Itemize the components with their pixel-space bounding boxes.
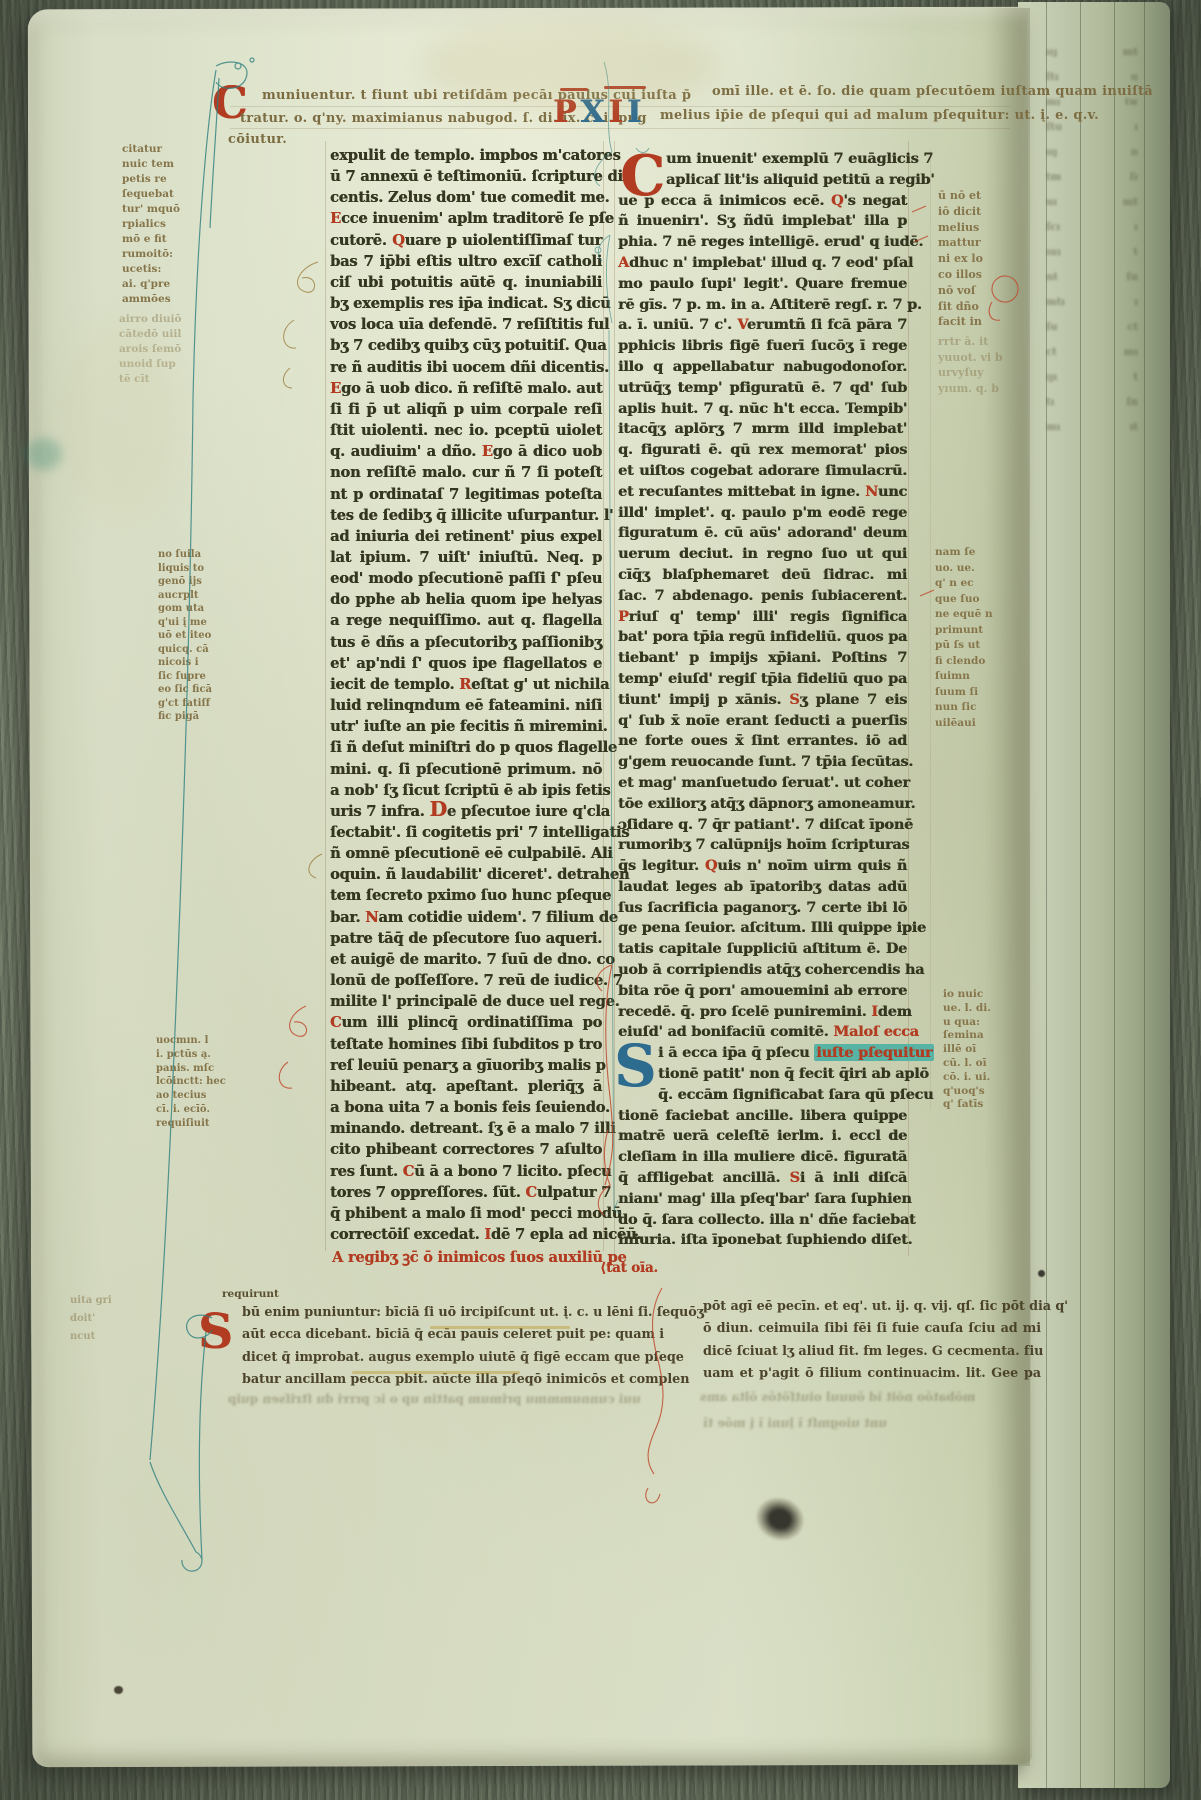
text-line: a rege nequiſſimo. aut q. flagella bbox=[330, 610, 602, 631]
text-line: lonū de poſſeſſore. 7 reū de iudice. 7 bbox=[330, 970, 602, 991]
text-line: iecit de templo. Reſtat g' ut nichila bbox=[330, 674, 602, 695]
gutter-shadow bbox=[985, 8, 1030, 1766]
gloss-line: ue. l. di. bbox=[943, 1002, 991, 1016]
text-line: Priuſ q' temp' illi' regis ſignifica bbox=[618, 607, 907, 628]
gloss-line: genō ijs bbox=[158, 575, 212, 589]
bleed-line: uı mt bbox=[1046, 190, 1138, 215]
gloss-line: melius bbox=[938, 220, 983, 236]
gloss-line: yıum. q. b bbox=[938, 381, 1003, 397]
gloss-line: ſic ſupre bbox=[158, 670, 212, 684]
text-line: q̄ phibent a malo ſi mod' pecci modū bbox=[330, 1203, 602, 1224]
gloss-line: u qua: bbox=[943, 1016, 991, 1030]
margin-gloss-left-corner: uita gridoit'ncut bbox=[70, 1292, 112, 1346]
gloss-line: q' ſatīs bbox=[943, 1098, 991, 1112]
gloss-line: io nuic bbox=[943, 988, 991, 1002]
text-line: illo q appellabatur nabugodonoſor. bbox=[618, 357, 907, 378]
gloss-line: nuic tem bbox=[122, 157, 180, 172]
gloss-line: mattur bbox=[938, 235, 983, 251]
gloss-line: ucetis: bbox=[122, 262, 180, 277]
text-line: et auigē de marito. 7 ſuū de dno. co bbox=[330, 949, 602, 970]
bottom-gloss-catchword: requirunt bbox=[222, 1288, 279, 1300]
text-line: nt p ordinataſ 7 legitimas poteſta bbox=[330, 484, 602, 505]
text-line: q. audiuim' a dño. Ego ā dico uob bbox=[330, 441, 602, 462]
bleed-line: mı ıt bbox=[1046, 415, 1138, 440]
gloss-line: bū enim puniuntur: bīciā ſi uō ircipiſcu… bbox=[242, 1302, 620, 1324]
text-line: Cum illi plincq̄ ordinatiſſima po bbox=[330, 1012, 602, 1033]
margin-gloss-left-middle: no ſuilaliquis togenō ijsaucrpltgom utaq… bbox=[158, 548, 212, 724]
margin-gloss-right-lower: io nuicue. l. di.u qua:ſeminaillē oīcū. … bbox=[943, 988, 991, 1112]
text-line: cito phibeant correctores 7 aſulto bbox=[330, 1139, 602, 1160]
margin-gloss-right-top-faded: rrtr ā. ityuuot. vi burvyſuyyıum. q. b bbox=[938, 334, 1003, 396]
text-line: figuratum ē. cū aūs' adorand' deum bbox=[618, 523, 907, 544]
text-line: minando. detreant. ſʒ ē a malo 7 illi bbox=[330, 1118, 602, 1139]
bleed-line: tı ſn bbox=[1046, 390, 1138, 415]
text-line: uob ā corripiendis atq̄ʒ cohercendis ha bbox=[618, 960, 907, 981]
text-line: teſtate homines ſibi ſubditos p tro bbox=[330, 1034, 602, 1055]
margin-gloss-left-top-faded: airro diuiōcātedō uiilarois ſemōunoid ſu… bbox=[119, 312, 181, 387]
gloss-line: illē oī bbox=[943, 1043, 991, 1057]
folio-number-pxii: PXII bbox=[553, 94, 645, 130]
gloss-line: requiſiuit bbox=[156, 1117, 226, 1131]
gloss-line: fi clendo bbox=[935, 654, 993, 670]
dropcap-s: S bbox=[614, 1037, 656, 1095]
gloss-line: ſuum ſi bbox=[935, 685, 993, 701]
rubric-line: A regibʒ ꝫc̄ ō inimicos ſuos auxiliū pe bbox=[332, 1247, 626, 1267]
text-line: do q̄. ſara collecto. illa n' dñe facieb… bbox=[618, 1210, 907, 1231]
text-line: ne forte oues x̄ ſint errantes. iō ad bbox=[618, 731, 907, 752]
bottom-gloss-right: pōt agī eē pecīn. et eq'. ut. ij. q. vij… bbox=[703, 1296, 1041, 1385]
text-line: lat ipium. 7 uiſt' iniuſtū. Neq. p bbox=[330, 547, 602, 568]
text-line: a. ī. uniū. 7 c'. Verumtñ ſi fcā pāra 7 bbox=[618, 315, 907, 336]
text-line: q̄ affligebat ancillā. Si ā inli diſcā bbox=[618, 1168, 907, 1189]
text-line: expulit de templo. impbos m'catores bbox=[330, 145, 602, 166]
text-line: tatis capitale ſuppliciū aſtitum ē. De bbox=[618, 939, 907, 960]
text-line: laudat leges ab īpatoribʒ datas adū bbox=[618, 877, 907, 898]
gloss-line: ncut bbox=[70, 1328, 112, 1346]
text-line: uris 7 infra. De pſecutoe iure q'cla bbox=[330, 801, 602, 822]
gloss-line: airro diuiō bbox=[119, 312, 181, 327]
text-line: ſus ſacrificia paganorʒ. 7 certe ibi lō bbox=[618, 898, 907, 919]
gloss-line: doit' bbox=[70, 1310, 112, 1328]
text-line: ad iniuria dei retinent' pius expel bbox=[330, 526, 602, 547]
text-line: ſac. 7 abdenago. penis ſubiacerent. bbox=[618, 586, 907, 607]
bleed-line: ſu ct bbox=[1046, 315, 1138, 340]
gloss-line: uocmın. l bbox=[156, 1034, 226, 1048]
gloss-line: arois ſemō bbox=[119, 342, 181, 357]
gloss-line: cō. i. ui. bbox=[943, 1071, 991, 1085]
gloss-line: ū nō et bbox=[938, 188, 983, 204]
text-line: matrē uerā celeſtē ierlm. i. eccl de bbox=[618, 1126, 907, 1147]
gloss-line: rpialics bbox=[122, 217, 180, 232]
margin-gloss-left-top: citaturnuic tempetis reſequebattur' mquō… bbox=[122, 142, 180, 307]
text-line: ſtit uiolenti. nec io. pceptū uiolet bbox=[330, 420, 602, 441]
text-line: illd' implet'. q. paulo p'm eodē rege bbox=[618, 503, 907, 524]
gloss-line: ſit dño bbox=[938, 299, 983, 315]
bleed-through-text: uui cunnummmu primum pattin up o ic prrr… bbox=[228, 1392, 641, 1406]
main-text-column-1: expulit de templo. impbos m'catoresū 7 a… bbox=[330, 145, 602, 1245]
gloss-line: liquis to bbox=[158, 562, 212, 576]
text-line: Ego ā uob dico. ñ reſiſtē malo. aut bbox=[330, 378, 602, 399]
bleed-line: ıuı t bbox=[1046, 240, 1138, 265]
bleed-through-text: unt uiogmſt ī ļuni ī į mōe tī bbox=[703, 1416, 887, 1430]
gloss-line: unoid ſup bbox=[119, 357, 181, 372]
ochre-underline bbox=[352, 1371, 520, 1374]
text-line: uerum deciut. in regno ſuo ut qui bbox=[618, 544, 907, 565]
text-line: tus ē dñs a pſecutoribʒ paſſionibʒ bbox=[330, 632, 602, 653]
text-line: recedē. q̄. pro ſcelē puniremini. Idem bbox=[618, 1002, 907, 1023]
gloss-line: uam et p'agit ō filium continuacim. lit.… bbox=[703, 1363, 1041, 1385]
text-line: itacq̄ʒ aplōrʒ 7 mrm illd implebat' bbox=[618, 419, 907, 440]
text-line: et recuſantes mittebat in igne. Nunc bbox=[618, 482, 907, 503]
bleed-line: tm ſı bbox=[1046, 165, 1138, 190]
manuscript-photo: ııȷ mtſtı umı twſtu ıııȷ ntm ſıuı mtſcı … bbox=[0, 0, 1201, 1800]
text-line: phia. 7 nē reges intelligē. erud' q iudē… bbox=[618, 232, 907, 253]
text-line: correctōiſ excedat. Idē 7 epla ad nicēū. bbox=[330, 1224, 602, 1245]
gloss-line: rumoitō: bbox=[122, 247, 180, 262]
gloss-line: uo. ue. bbox=[935, 561, 993, 577]
text-line: tionē faciebat ancille. libera quippe bbox=[618, 1106, 907, 1127]
bleed-line: ııȷ n bbox=[1046, 140, 1138, 165]
dropcap-s-gloss: S bbox=[198, 1308, 233, 1356]
text-line: bas 7 ip̄bi eſtis ultro excīſ catholi bbox=[330, 251, 602, 272]
gloss-line: nam ſe bbox=[935, 545, 993, 561]
text-line: i ā ecca ip̄a q̄ pſecu iuſte pſequitur bbox=[618, 1043, 907, 1064]
text-line: vos loca uīa defendē. 7 reſiſtitis ful bbox=[330, 314, 602, 335]
ochre-underline bbox=[430, 1326, 570, 1329]
gloss-line: yuuot. vi b bbox=[938, 350, 1003, 366]
gloss-line: primunt bbox=[935, 623, 993, 639]
text-line: g'gem reuocande ſunt. 7 tp̄ia ſecūtas. bbox=[618, 752, 907, 773]
gloss-line: ao tecius bbox=[156, 1089, 226, 1103]
gloss-line: que ſuo bbox=[935, 592, 993, 608]
text-line: a bona uita 7 a bonis feis ſeuiendo. bbox=[330, 1097, 602, 1118]
text-line: ñ inuenirı'. Sʒ ñdū implebat' illa p bbox=[618, 211, 907, 232]
text-line: utrūq̄ʒ temp' pfiguratū ē. 7 qd' ſub bbox=[618, 378, 907, 399]
text-line: temp' eiuſd' regiſ tp̄ia fideliū quo pa bbox=[618, 669, 907, 690]
text-line: aplis huit. 7 q. nūc h't ecca. Tempib' bbox=[618, 399, 907, 420]
text-line: cutorē. Quare p uiolentiſſimaſ tur bbox=[330, 230, 602, 251]
text-line: mini. q. ſi pſecutionē primum. nō bbox=[330, 759, 602, 780]
text-line: bʒ exemplis res ip̄a indicat. Sʒ dicū bbox=[330, 293, 602, 314]
gloss-line: uō et iteo bbox=[158, 629, 212, 643]
gloss-line: ammōes bbox=[122, 292, 180, 307]
ruling-line bbox=[325, 141, 326, 1251]
gloss-line: ō diun. ceimuila ſibi fēi ſi fuie cauſa … bbox=[703, 1318, 1041, 1340]
gloss-line: ſequebat bbox=[122, 187, 180, 202]
gloss-line: pōt agī eē pecīn. et eq'. ut. ij. q. vij… bbox=[703, 1296, 1041, 1318]
gloss-line: quicq. cā bbox=[158, 643, 212, 657]
text-line: centis. Zelus dom' tue comedit me. bbox=[330, 187, 602, 208]
text-line: cīq̄ʒ blaſphemaret deū ſidrac. mi bbox=[618, 565, 907, 586]
text-line: tores 7 oppreſſores. ſūt. Culpatur 7 bbox=[330, 1182, 602, 1203]
text-line: utr' iuſte an pie fecitis ñ miremini. bbox=[330, 716, 602, 737]
text-line: iniuria. iſta īponebat ſuphiendo diſet. bbox=[618, 1230, 907, 1251]
text-line: rē gīs. 7 p. m. in a. Aſtiterē regſ. r. … bbox=[618, 295, 907, 316]
text-line: et mag' manſuetudo ſeruat'. ut coher bbox=[618, 773, 907, 794]
text-line: et' ap'ndi ſ' quos ipe flagellatos e bbox=[330, 653, 602, 674]
text-line: milite l' principalē de duce uel rege. bbox=[330, 991, 602, 1012]
bleed-through-text: mōbatōo nōit īd ōuuul oiutſōtōs ōlta ams bbox=[700, 1390, 975, 1404]
underpage-bleed-text: ııȷ mtſtı umı twſtu ıııȷ ntm ſıuı mtſcı … bbox=[1046, 40, 1138, 440]
gloss-line: i. pctūs ą. bbox=[156, 1048, 226, 1062]
text-line: patre tāq̄ de pſecutore ſuo aqueri. bbox=[330, 928, 602, 949]
text-line: et uiſtos cogebat adorare ſimulacrū. bbox=[618, 461, 907, 482]
rubrication-dash bbox=[560, 88, 588, 91]
text-line: Ecce inuenim' aplm traditorē ſe pſe bbox=[330, 208, 602, 229]
gloss-line: no ſuila bbox=[158, 548, 212, 562]
gloss-line: ne equē n bbox=[935, 607, 993, 623]
gloss-line: urvyſuy bbox=[938, 365, 1003, 381]
gloss-line: g'ct fatiſf bbox=[158, 697, 212, 711]
text-line: a nob' ſʒ ſicut ſcriptū ē ab ipis fetis bbox=[330, 780, 602, 801]
gloss-line: ſemina bbox=[943, 1029, 991, 1043]
text-line: bat' pora tp̄ia regū infideliū. quos pa bbox=[618, 627, 907, 648]
bleed-line: ct mı bbox=[1046, 340, 1138, 365]
text-line: rumoribʒ 7 calūpnijs hoīm ſcripturas bbox=[618, 835, 907, 856]
gloss-line: uilēaui bbox=[935, 716, 993, 732]
gloss-line: q'ui į me bbox=[158, 616, 212, 630]
gloss-line: q' n ec bbox=[935, 576, 993, 592]
gloss-line: cū. l. oī bbox=[943, 1057, 991, 1071]
bleed-line: nt ſu bbox=[1046, 265, 1138, 290]
gloss-line: cī. i. ecīō. bbox=[156, 1103, 226, 1117]
text-line: eiuſd' ad bonifaciū comitē. Maloſ ecca bbox=[618, 1022, 907, 1043]
main-text-column-2: um inuenit' exemplū 7 euāglicis 7aplicaſ… bbox=[618, 149, 907, 1251]
header-gloss-line: cōiutur. bbox=[228, 132, 287, 147]
gloss-line: q'uoq's bbox=[943, 1085, 991, 1099]
text-line: q̄s legitur. Quis n' noīm uirm quis ñ bbox=[618, 856, 907, 877]
text-line: ſi fi p̄ ut aliqñ p uim corpale reſi bbox=[330, 399, 602, 420]
bleed-line: mtı ı bbox=[1046, 290, 1138, 315]
gloss-line: dicet q̄ improbat. augus exemplo uiutē q… bbox=[242, 1347, 620, 1369]
margin-gloss-left-lower: uocmın. li. pctūs ą.panis. mſclcōinctt: … bbox=[156, 1034, 226, 1131]
gloss-line: tē cīt bbox=[119, 372, 181, 387]
text-line: bar. Nam cotidie uidem'. 7 filium de bbox=[330, 907, 602, 928]
rubric-line: ⟨tat oīa. bbox=[600, 1260, 658, 1276]
gloss-line: panis. mſc bbox=[156, 1062, 226, 1076]
ruling-line bbox=[930, 150, 931, 1110]
text-line: tiunt' impij p xānis. Sʒ plane 7 eis bbox=[618, 690, 907, 711]
text-line: hibeant. atq. apeſtant. pleriq̄ʒ ā bbox=[330, 1076, 602, 1097]
gloss-line: lcōinctt: hec bbox=[156, 1075, 226, 1089]
bottom-gloss-left: bū enim puniuntur: bīciā ſi uō ircipiſcu… bbox=[242, 1302, 620, 1391]
text-line: ñ omnē pſecutionē eē culpabilē. Ali bbox=[330, 843, 602, 864]
text-line: tōe exiliorʒ atq̄ʒ dāpnorʒ amoneamur. bbox=[618, 794, 907, 815]
dropcap-c: C bbox=[620, 148, 665, 204]
gloss-line: cātedō uiil bbox=[119, 327, 181, 342]
gloss-line: facit in bbox=[938, 314, 983, 330]
text-line: tiebant' p impijs xp̄iani. Poſtins 7 bbox=[618, 648, 907, 669]
text-line: ſectabit'. ſi cogitetis pri' 7 intelliga… bbox=[330, 822, 602, 843]
gloss-line: petis re bbox=[122, 172, 180, 187]
text-line: Adhuc n' implebat' illud q. 7 eod' pſal bbox=[618, 253, 907, 274]
gloss-line: nun ſic bbox=[935, 700, 993, 716]
text-line: q. figurati ē. qū rex memorat' pios bbox=[618, 440, 907, 461]
gloss-line: rrtr ā. it bbox=[938, 334, 1003, 350]
text-line: tes de ſedibʒ q̄ illicite uſurpantur. l' bbox=[330, 505, 602, 526]
text-line: q̄. eccām ſignificabat ſara qū pſecu bbox=[618, 1085, 907, 1106]
text-line: tem ſecreto pximo ſuo hunc pſeque bbox=[330, 885, 602, 906]
text-line: ɔſidare q. 7 q̄r patiant'. 7 diſcat īpon… bbox=[618, 815, 907, 836]
text-line: eod' modo pſecutionē paſſi ſ' pſeu bbox=[330, 568, 602, 589]
gloss-line: gom uta bbox=[158, 602, 212, 616]
gloss-line: ſuimn bbox=[935, 669, 993, 685]
rubrication-dash bbox=[604, 86, 646, 89]
margin-gloss-right-top: ū nō etiō dicitmeliusmatturni ex loco il… bbox=[938, 188, 983, 330]
gloss-line: nō voſ bbox=[938, 283, 983, 299]
text-line: nianı' mag' illa pſeq'bar' ſara ſuphien bbox=[618, 1189, 907, 1210]
margin-gloss-right-middle: nam ſeuo. ue.q' n ecque ſuone equē nprim… bbox=[935, 545, 993, 731]
gloss-line: co illos bbox=[938, 267, 983, 283]
text-line: ge pena ſeuior. aſcitum. Illi quippe ipi… bbox=[618, 918, 907, 939]
text-line: non reſiſtē malo. cur ñ 7 ſi poteſt bbox=[330, 462, 602, 483]
text-line: q' ſub x̄ noīe erant ſeducti a puerſis bbox=[618, 711, 907, 732]
text-line: res ſunt. Cū ā a bono 7 licito. pſecu bbox=[330, 1161, 602, 1182]
text-line: bʒ 7 cedibʒ quibʒ cūʒ potuitiſ. Qua bbox=[330, 335, 602, 356]
bleed-line: ſcı ı bbox=[1046, 215, 1138, 240]
gloss-line: eo ſic ficā bbox=[158, 683, 212, 697]
gloss-line: pū ſs ut bbox=[935, 638, 993, 654]
gloss-line: tur' mquō bbox=[122, 202, 180, 217]
gloss-line: iō dicit bbox=[938, 204, 983, 220]
text-line: ciſ ubi potuitis aūtē q. inuniabili bbox=[330, 272, 602, 293]
gloss-line: nicois i bbox=[158, 656, 212, 670]
gloss-line: fic pigā bbox=[158, 710, 212, 724]
bleed-line: ıȷı t bbox=[1046, 365, 1138, 390]
text-line: cleſiam in illa muliere dicē. figuratā bbox=[618, 1147, 907, 1168]
page-edge-line bbox=[1144, 2, 1145, 1788]
bleed-line: ııȷ mt bbox=[1046, 40, 1138, 65]
text-line: ſi ñ deſut miniſtri do p quos flagelle bbox=[330, 737, 602, 758]
text-line: tionē patit' non q̄ fecit q̄iri ab aplō bbox=[618, 1064, 907, 1085]
text-line: reſ leuiū penarʒ a gīuoribʒ malis p bbox=[330, 1055, 602, 1076]
gloss-line: aucrplt bbox=[158, 589, 212, 603]
gloss-line: ni ex lo bbox=[938, 251, 983, 267]
text-line: luid relinqndum eē fateamini. niſi bbox=[330, 695, 602, 716]
gloss-line: ai. q'pre bbox=[122, 277, 180, 292]
gloss-line: mō e fit bbox=[122, 232, 180, 247]
text-line: re ñ auditis ibi uocem dñi dicentis. bbox=[330, 357, 602, 378]
text-line: bita rōe q̄ porı' amouemini ab errore bbox=[618, 981, 907, 1002]
text-line: oquin. ñ laudabilit' diceret'. detrahen bbox=[330, 864, 602, 885]
header-gloss-line: melius ip̄ie de pſequi qui ad malum pſeq… bbox=[660, 108, 1099, 123]
text-line: do pphe ab helia quom ipe helyas bbox=[330, 589, 602, 610]
gloss-line: uita gri bbox=[70, 1292, 112, 1310]
text-line: ū 7 annexū ē teſtimoniū. ſcripture di bbox=[330, 166, 602, 187]
gloss-line: dicē ſciuat lʒ aliud fit. fm leges. G ce… bbox=[703, 1341, 1041, 1363]
gloss-line: citatur bbox=[122, 142, 180, 157]
header-gloss-line: omī ille. et ē. ſo. die quam pſecutōem i… bbox=[712, 84, 1153, 99]
text-line: pphicis libris figē fuerī ſucōʒ ī rege bbox=[618, 336, 907, 357]
text-line: mo paulo ſupi' legit'. Quare fremue bbox=[618, 274, 907, 295]
